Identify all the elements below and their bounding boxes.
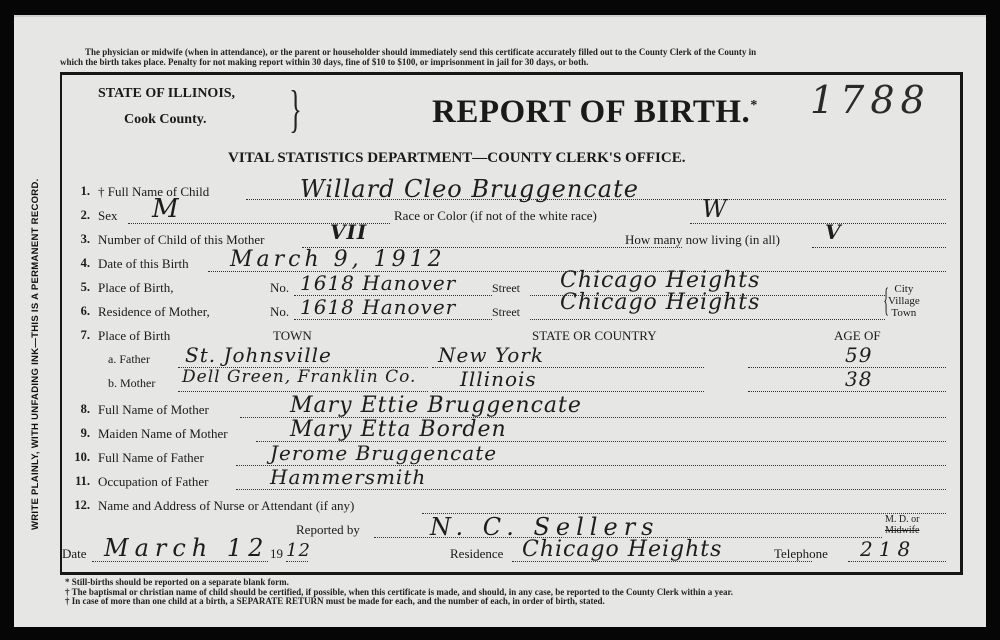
register-number: 1788	[810, 78, 931, 122]
field-label: Sex	[98, 208, 118, 224]
year-prefix: 19	[270, 546, 283, 562]
street-label: Street	[492, 305, 520, 320]
city-village-town-bracket: { City Village Town	[888, 283, 920, 319]
brace-icon: {	[883, 283, 889, 319]
field-sex: 2. Sex M Race or Color (if not of the wh…	[60, 208, 950, 228]
report-year-value[interactable]: 12	[286, 540, 311, 561]
father-state[interactable]: New York	[438, 343, 544, 367]
field-full-name-father: 10. Full Name of Father Jerome Bruggenca…	[60, 450, 950, 470]
field-number: 3.	[60, 232, 90, 247]
department-label: VITAL STATISTICS DEPARTMENT—COUNTY CLERK…	[228, 150, 685, 167]
field-number: 2.	[60, 208, 90, 223]
state-label: STATE OF ILLINOIS,	[98, 86, 235, 102]
living-label: How many now living (in all)	[625, 232, 780, 248]
md-or-midwife: M. D. or Midwife	[885, 514, 919, 536]
father-age[interactable]: 59	[845, 343, 872, 367]
form-title: REPORT OF BIRTH.*	[432, 94, 758, 131]
field-number: 9.	[60, 426, 90, 441]
title-mark: *	[750, 98, 758, 113]
md-label: M. D. or	[885, 514, 919, 525]
field-label: Name and Address of Nurse or Attendant (…	[98, 498, 354, 514]
residence-city[interactable]: Chicago Heights	[560, 290, 760, 315]
date-label: Date	[62, 546, 87, 562]
field-label: Residence of Mother,	[98, 304, 210, 320]
midwife-label-struck: Midwife	[885, 525, 919, 536]
side-notice: WRITE PLAINLY, WITH UNFADING INK—THIS IS…	[30, 178, 41, 530]
field-label: Maiden Name of Mother	[98, 426, 228, 442]
brace-icon: }	[289, 80, 301, 139]
field-number: 5.	[60, 280, 90, 295]
living-value[interactable]: V	[825, 220, 842, 244]
field-occupation-father: 11. Occupation of Father Hammersmith	[60, 474, 950, 494]
field-label: Place of Birth,	[98, 280, 173, 296]
city-option: City	[888, 283, 920, 295]
no-label: No.	[270, 304, 289, 320]
field-maiden-name-mother: 9. Maiden Name of Mother Mary Etta Borde…	[60, 426, 950, 446]
field-number: 8.	[60, 402, 90, 417]
field-number: 7.	[60, 328, 90, 343]
race-label: Race or Color (if not of the white race)	[394, 208, 597, 224]
telephone-value[interactable]: 218	[860, 537, 916, 561]
mother-state[interactable]: Illinois	[460, 367, 537, 391]
field-number: 11.	[60, 474, 90, 489]
dotted-line	[422, 498, 946, 514]
date-of-birth-value[interactable]: March 9, 1912	[230, 247, 446, 272]
field-label: Date of this Birth	[98, 256, 189, 272]
mother-label: b. Mother	[108, 376, 155, 391]
field-residence-of-mother: 6. Residence of Mother, No. 1618 Hanover…	[60, 304, 950, 324]
col-state: STATE OR COUNTRY	[532, 328, 657, 344]
street-label: Street	[492, 281, 520, 296]
field-label: Full Name of Father	[98, 450, 204, 466]
residence-address[interactable]: 1618 Hanover	[300, 295, 456, 319]
father-label: a. Father	[108, 352, 150, 367]
field-number: 4.	[60, 256, 90, 271]
place-of-birth-address[interactable]: 1618 Hanover	[300, 271, 456, 295]
field-number-of-child: 3. Number of Child of this Mother VII Ho…	[60, 232, 950, 252]
field-full-name-child: 1. † Full Name of Child Willard Cleo Bru…	[60, 184, 950, 204]
footnote-3: † In case of more than one child at a bi…	[65, 597, 733, 607]
full-name-child-value[interactable]: Willard Cleo Bruggencate	[300, 175, 639, 203]
county-label: Cook County.	[124, 112, 206, 128]
father-town[interactable]: St. Johnsville	[185, 343, 332, 367]
village-option: Village	[888, 295, 920, 307]
occupation-father-value[interactable]: Hammersmith	[270, 465, 426, 489]
town-option: Town	[888, 307, 920, 319]
field-number: 10.	[60, 450, 90, 465]
instructions: The physician or midwife (when in attend…	[60, 47, 965, 67]
title-text: REPORT OF BIRTH.	[432, 94, 750, 130]
mother-age[interactable]: 38	[845, 367, 872, 391]
field-label: Place of Birth	[98, 328, 170, 344]
sex-value[interactable]: M	[152, 194, 180, 224]
field-number: 12.	[60, 498, 90, 513]
maiden-name-mother-value[interactable]: Mary Etta Borden	[290, 417, 507, 442]
full-name-father-value[interactable]: Jerome Bruggencate	[270, 441, 497, 465]
no-label: No.	[270, 280, 289, 296]
instructions-line-2: which the birth takes place. Penalty for…	[60, 57, 588, 67]
footnotes: * Still-births should be reported on a s…	[65, 578, 733, 607]
field-label: Number of Child of this Mother	[98, 232, 264, 248]
reported-by-label: Reported by	[296, 522, 360, 538]
residence-label: Residence	[450, 546, 503, 562]
date-residence-row: Date March 12 19 12 Residence Chicago He…	[60, 546, 950, 566]
field-label: Occupation of Father	[98, 474, 208, 490]
mother-town[interactable]: Dell Green, Franklin Co.	[182, 367, 416, 387]
telephone-label: Telephone	[774, 546, 828, 562]
field-number: 6.	[60, 304, 90, 319]
dotted-line	[690, 208, 946, 224]
field-place-of-birth: 5. Place of Birth, No. 1618 Hanover Stre…	[60, 280, 950, 300]
race-value[interactable]: W	[702, 195, 728, 223]
report-date-value[interactable]: March 12	[104, 534, 269, 562]
col-town: TOWN	[273, 328, 312, 344]
instructions-line-1: The physician or midwife (when in attend…	[60, 47, 965, 57]
col-age: AGE OF	[834, 328, 881, 344]
full-name-mother-value[interactable]: Mary Ettie Bruggencate	[290, 393, 582, 418]
reporter-residence-value[interactable]: Chicago Heights	[522, 537, 722, 562]
field-label: Full Name of Mother	[98, 402, 209, 418]
field-number: 1.	[60, 184, 90, 199]
number-of-child-value[interactable]: VII	[330, 220, 367, 244]
field-date-of-birth: 4. Date of this Birth March 9, 1912	[60, 256, 950, 276]
